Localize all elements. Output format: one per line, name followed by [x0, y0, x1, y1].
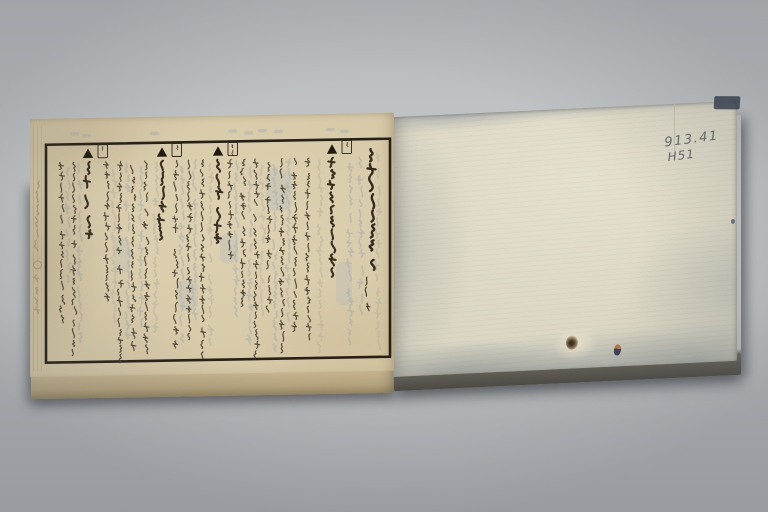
- leaf-number-box-4: [94, 144, 105, 159]
- call-number-inscription: 913.41 H51: [664, 129, 721, 165]
- toc-title-column: [360, 145, 386, 311]
- chapter-heading-4: [78, 148, 100, 242]
- right-page: 913.41 H51: [393, 101, 737, 377]
- chapter-heading-3: [152, 144, 174, 240]
- insect-speck: [613, 344, 621, 356]
- leaf-number-box-3: [168, 142, 179, 157]
- chapter-heading-1: [322, 144, 344, 272]
- edge-ink-speck: [731, 219, 735, 224]
- photo-background: 913.41 H51: [0, 0, 768, 512]
- leaf-number-box-2: [224, 141, 235, 156]
- left-page: [30, 113, 394, 377]
- leaf-number-box-1: [338, 139, 349, 154]
- chapter-heading-2: [208, 146, 230, 240]
- cover-corner-peek: [714, 96, 741, 109]
- fore-edge-writing: [30, 179, 45, 319]
